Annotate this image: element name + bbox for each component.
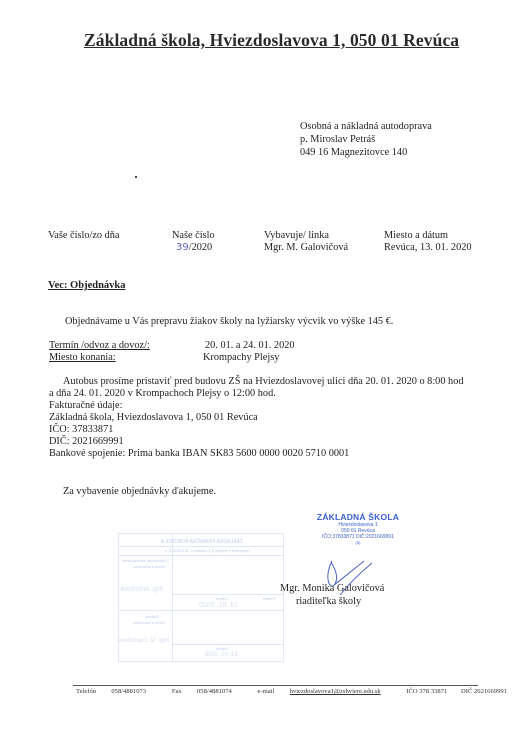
place-value: Krompachy Plejsy [203,352,279,364]
footer-phone-label: Telefón [76,688,96,695]
control-row1-label: Zodpovedný zamestnanec [122,558,169,563]
footer-fax: 058/4881074 [197,688,232,695]
billing-bank: Bankové spojenie: Prima banka IBAN SK83 … [49,448,349,460]
stamp-name: ZÁKLADNÁ ŠKOLA [312,512,404,522]
control-date-label-2: Dátum [216,646,228,651]
billing-name: Základná škola, Hviezdoslavova 1, 050 01… [49,412,258,424]
signatory-role: riaditeľka školy [296,596,361,608]
footer-fax-label: Fax [172,688,182,695]
stamp-mark: (5) [312,540,404,545]
footer-email-link[interactable]: hviezdoslavova1@zshviere.edu.sk [290,688,381,695]
recipient-line-2: p. Miroslav Petráš [300,134,432,147]
control-row1-sub: Meno a priezvisko [133,564,165,569]
school-stamp: ZÁKLADNÁ ŠKOLA Hviezdoslavova 1 050 01 R… [312,512,404,545]
footer: Telefón 058/4881073 Fax 058/4881074 e-ma… [76,688,517,695]
place-date-label: Miesto a dátum [384,230,472,242]
place-label: Miesto konania: [49,352,116,364]
footer-ico: IČO 378 33871 [406,688,447,695]
control-row2-sub: Meno a priezvisko [133,620,165,625]
your-ref-label: Vaše číslo/zo dňa [48,230,120,242]
footer-divider [73,685,478,686]
billing-label: Fakturačné údaje: [49,400,122,412]
bus-paragraph-line-2: a dňa 24. 01. 2020 v Krompachoch Plejsy … [49,388,276,400]
thanks-line: Za vybavenie objednávky ďakujeme. [63,486,216,498]
footer-phone: 058/4881073 [111,688,146,695]
recipient-line-3: 049 16 Magnezitovce 140 [300,147,432,160]
control-row2-label: Štatutár [145,614,159,619]
term-label: Termín /odvoz a dovoz/: [49,340,150,352]
financial-control-box-showthrough: ZÁKLADNÁ FINANČNÁ KONTROLA vykonaná v zm… [118,533,284,662]
our-reference: Naše číslo 39/2020 [172,230,215,255]
control-subtitle: vykonaná v zmysle § 7 zákona č. 357/2015… [164,548,249,553]
billing-dic: DIČ: 2021669991 [49,436,124,448]
term-value: 20. 01. a 24. 01. 2020 [205,340,295,352]
recipient-address: Osobná a nákladná autodoprava p. Mirosla… [300,121,432,160]
your-reference: Vaše číslo/zo dňa [48,230,120,242]
handled-by-label: Vybavuje/ linka [264,230,348,242]
our-ref-label: Naše číslo [172,230,215,242]
signatory-name: Mgr. Monika Galovičová [280,583,384,595]
recipient-line-1: Osobná a nákladná autodoprava [300,121,432,134]
handled-by-value: Mgr. M. Galovičová [264,242,348,254]
bus-paragraph-line-1: Autobus prosíme pristaviť pred budovu ZŠ… [63,376,464,388]
place-date-value: Revúca, 13. 01. 2020 [384,242,472,254]
control-row2-signature: Mgr. M. Galovičová [118,638,169,644]
handled-by: Vybavuje/ linka Mgr. M. Galovičová [264,230,348,255]
control-date-1: 13. 01. 2020 [199,602,238,609]
billing-ico: IČO: 37833871 [49,424,113,436]
stray-mark [135,176,137,178]
control-date-label-1: Dátum [216,596,228,601]
subject-line: Vec: Objednávka [48,280,126,291]
control-row1-signature: Ing. Antošová [121,586,163,593]
control-title: ZÁKLADNÁ FINANČNÁ KONTROLA [161,539,243,545]
intro-paragraph: Objednávame u Vás prepravu žiakov školy … [65,316,393,328]
footer-dic: DIČ 2021669991 [461,688,507,695]
place-date: Miesto a dátum Revúca, 13. 01. 2020 [384,230,472,255]
footer-email-label: e-mail [257,688,274,695]
control-date-2: 13. 01. 2020 [205,652,238,658]
our-ref-suffix: /2020 [189,242,212,253]
letterhead-title: Základná škola, Hviezdoslavova 1, 050 01… [84,30,459,51]
our-ref-handwritten: 39 [176,242,189,253]
control-sign-label-1: Podpis [263,596,275,601]
